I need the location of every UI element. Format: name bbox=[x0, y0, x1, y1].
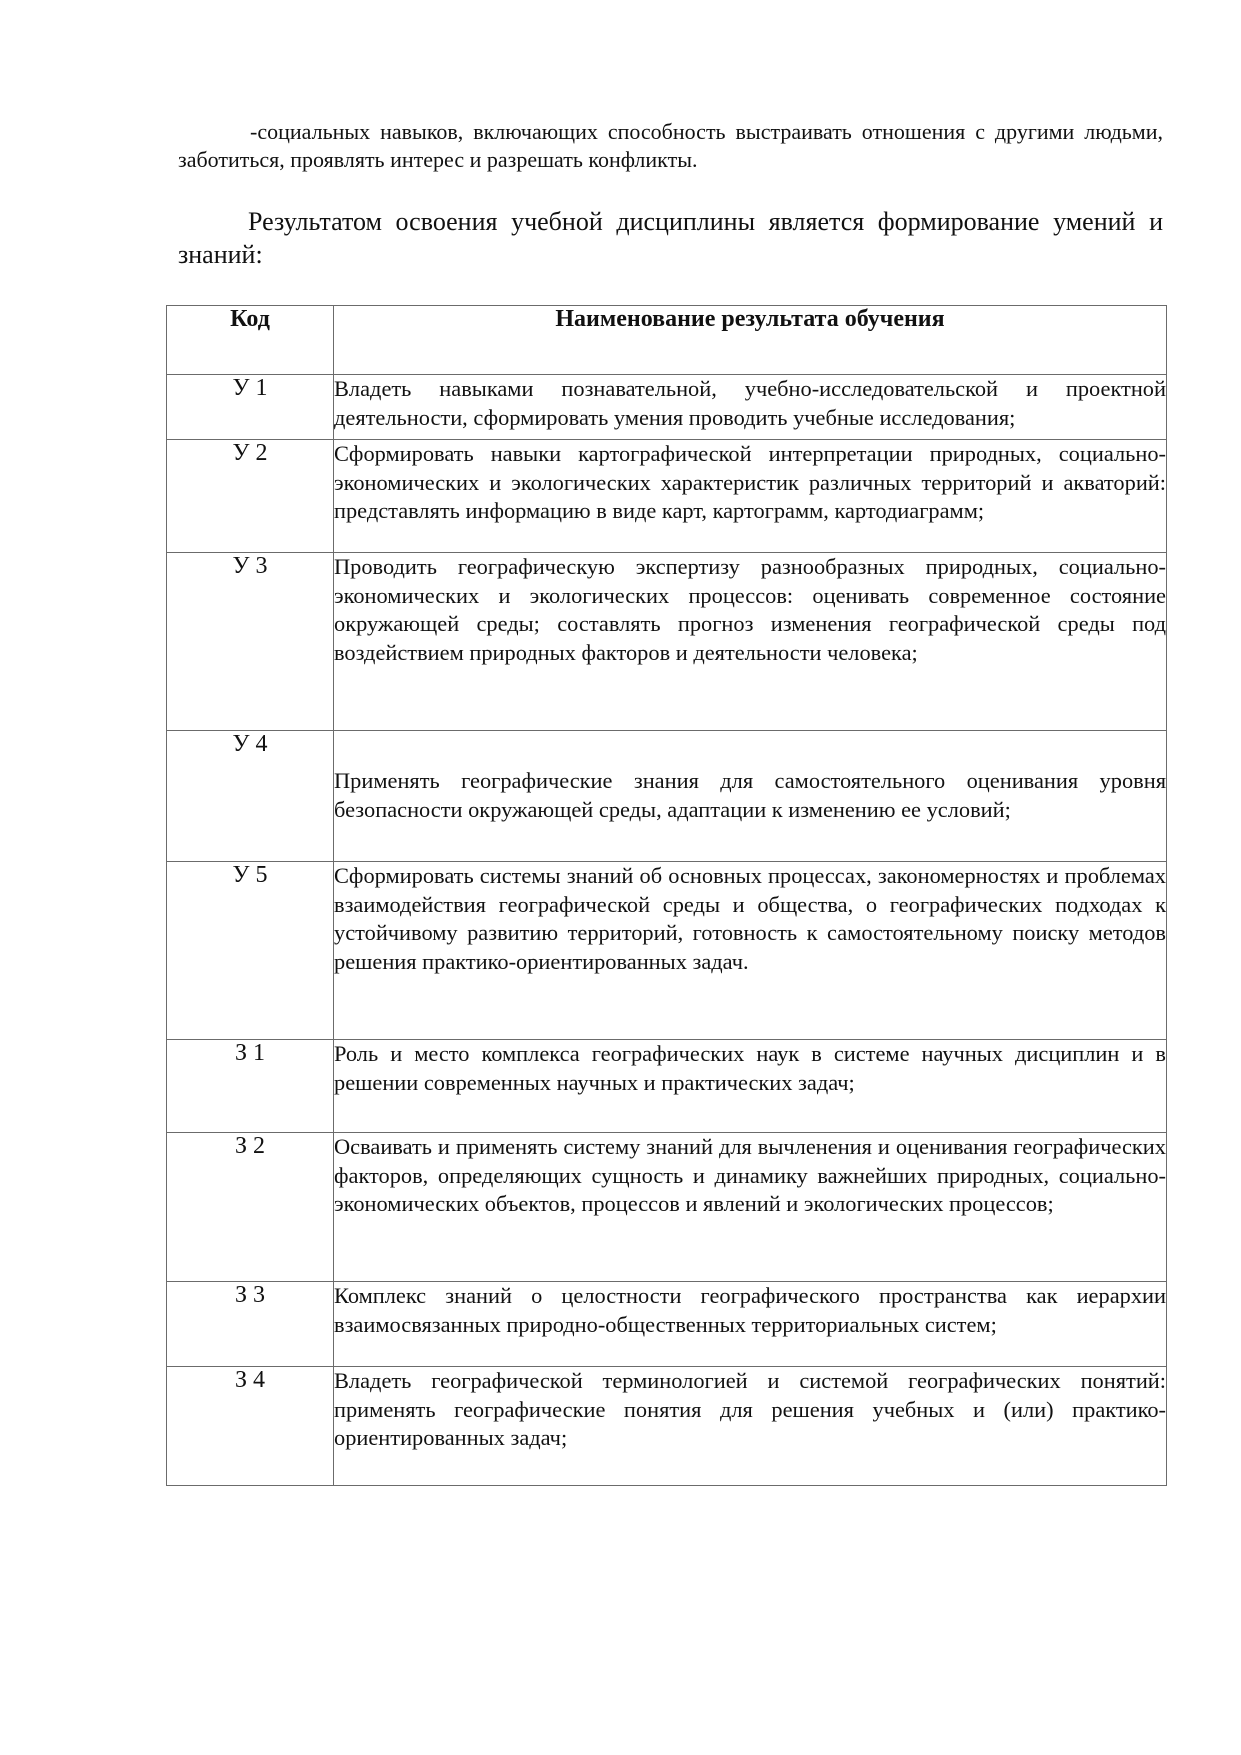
table-header-row: Код Наименование результата обучения bbox=[167, 306, 1167, 375]
row-code: У 2 bbox=[167, 440, 334, 553]
table-row: У 4 Применять географические знания для … bbox=[167, 731, 1167, 862]
row-code: У 4 bbox=[167, 731, 334, 862]
row-description: Осваивать и применять систему знаний для… bbox=[334, 1133, 1167, 1282]
row-code: У 1 bbox=[167, 375, 334, 440]
row-description: Сформировать навыки картографической инт… bbox=[334, 440, 1167, 553]
table-row: З 4 Владеть географической терминологией… bbox=[167, 1367, 1167, 1486]
row-description: Владеть навыками познавательной, учебно-… bbox=[334, 375, 1167, 440]
row-code: У 5 bbox=[167, 862, 334, 1040]
table-row: У 2 Сформировать навыки картографической… bbox=[167, 440, 1167, 553]
row-description: Сформировать системы знаний об основных … bbox=[334, 862, 1167, 1040]
paragraph-social-skills: -социальных навыков, включающих способно… bbox=[178, 118, 1163, 174]
row-description: Комплекс знаний о целостности географиче… bbox=[334, 1282, 1167, 1367]
learning-results-table: Код Наименование результата обучения У 1… bbox=[166, 305, 1167, 1486]
row-code: З 1 bbox=[167, 1040, 334, 1133]
table-row: З 3 Комплекс знаний о целостности геогра… bbox=[167, 1282, 1167, 1367]
row-code: У 3 bbox=[167, 553, 334, 731]
header-code: Код bbox=[167, 306, 334, 375]
row-code: З 2 bbox=[167, 1133, 334, 1282]
table-row: З 2 Осваивать и применять систему знаний… bbox=[167, 1133, 1167, 1282]
row-description: Роль и место комплекса географических на… bbox=[334, 1040, 1167, 1133]
table-row: У 3 Проводить географическую экспертизу … bbox=[167, 553, 1167, 731]
paragraph-text: -социальных навыков, включающих способно… bbox=[178, 119, 1163, 172]
row-description: Владеть географической терминологией и с… bbox=[334, 1367, 1167, 1486]
paragraph-learning-results-intro: Результатом освоения учебной дисциплины … bbox=[178, 205, 1163, 271]
document-page: -социальных навыков, включающих способно… bbox=[0, 0, 1241, 1755]
paragraph-text: Результатом освоения учебной дисциплины … bbox=[178, 207, 1163, 269]
row-code: З 3 bbox=[167, 1282, 334, 1367]
row-description: Применять географические знания для само… bbox=[334, 731, 1167, 862]
table-row: З 1 Роль и место комплекса географически… bbox=[167, 1040, 1167, 1133]
header-result-name: Наименование результата обучения bbox=[334, 306, 1167, 375]
row-description: Проводить географическую экспертизу разн… bbox=[334, 553, 1167, 731]
row-code: З 4 bbox=[167, 1367, 334, 1486]
table-row: У 1 Владеть навыками познавательной, уче… bbox=[167, 375, 1167, 440]
table-row: У 5 Сформировать системы знаний об основ… bbox=[167, 862, 1167, 1040]
